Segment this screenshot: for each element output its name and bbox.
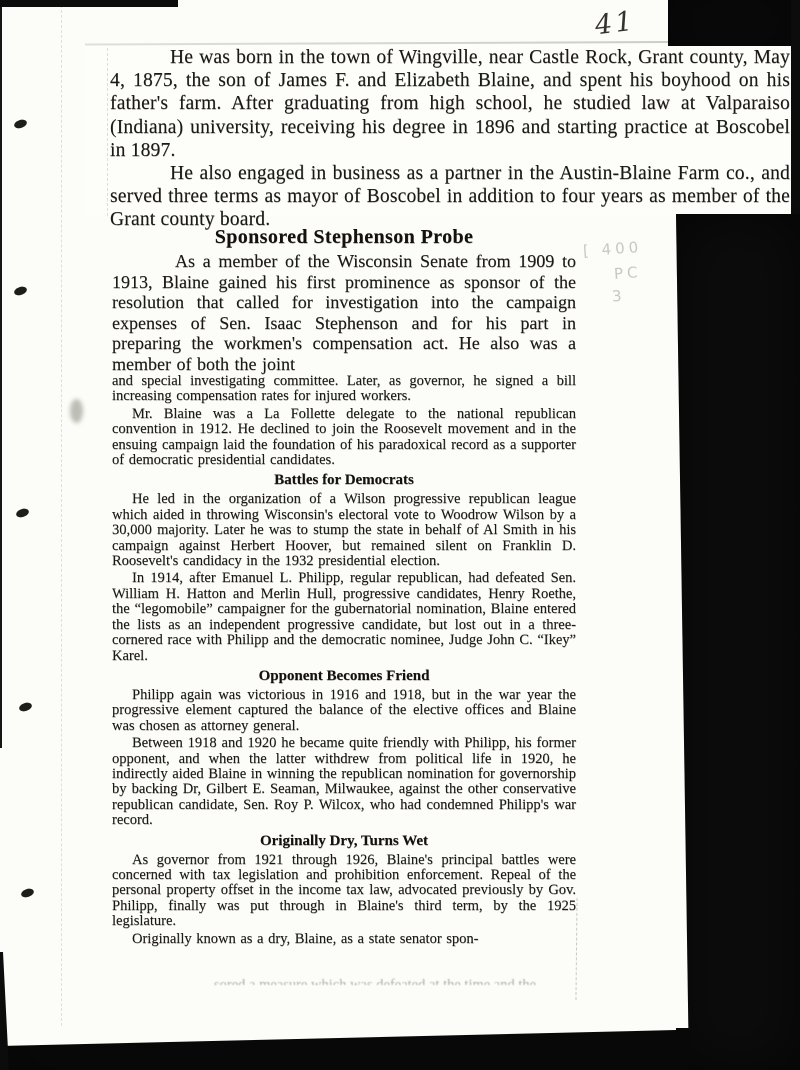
scan-border-right-region: [676, 214, 800, 1070]
section-heading: Sponsored Stephenson Probe: [112, 226, 576, 249]
scan-border-right-strip: [791, 0, 800, 218]
hole-punch-mark: [20, 887, 35, 899]
section-heading: Battles for Democrats: [112, 472, 576, 489]
scan-border-top-right-corner: [668, 0, 800, 46]
section-heading: Originally Dry, Turns Wet: [112, 833, 576, 850]
article-paragraph: In 1914, after Emanuel L. Philipp, regul…: [112, 571, 576, 663]
hole-punch-mark: [13, 118, 28, 130]
article-paragraph: Mr. Blaine was a La Follette delegate to…: [112, 407, 576, 469]
hole-punch-mark: [15, 507, 30, 519]
pencil-annotation-line: 3: [611, 287, 626, 306]
article-paragraph: Between 1918 and 1920 he became quite fr…: [112, 736, 576, 828]
hole-punch-mark: [13, 285, 28, 297]
newsclip-left-edge-line: [107, 48, 108, 216]
cutoff-line-fragment: sored a measure which was defeated at th…: [214, 977, 574, 985]
scan-border-left-hairline: [0, 0, 2, 748]
pencil-annotation-line: [ 400: [582, 238, 642, 260]
section-lead-paragraph: As a member of the Wisconsin Senate from…: [112, 251, 576, 374]
scan-border-left-wedge: [0, 952, 9, 1070]
section-heading: Opponent Becomes Friend: [112, 668, 576, 685]
scanned-newspaper-page: He was born in the town of Wingville, ne…: [0, 0, 800, 1070]
scan-border-top-bar: [0, 0, 178, 7]
article-column: Sponsored Stephenson Probe As a member o…: [112, 226, 576, 949]
article-paragraph: Originally known as a dry, Blaine, as a …: [112, 932, 576, 947]
paper-fold-line: [61, 0, 62, 1046]
intro-paragraph: He was born in the town of Wingville, ne…: [110, 46, 790, 162]
pencil-annotation-line: PC: [613, 263, 642, 283]
ink-smudge: [70, 399, 83, 423]
handwritten-page-number: 41: [593, 6, 637, 42]
section-lead-continuation: and special investigating committee. Lat…: [112, 374, 576, 405]
article-paragraph: As governor from 1921 through 1926, Blai…: [112, 853, 576, 930]
intro-paragraphs: He was born in the town of Wingville, ne…: [110, 46, 790, 232]
pencil-margin-line: [575, 898, 577, 1000]
article-paragraph: Philipp again was victorious in 1916 and…: [112, 688, 576, 734]
article-paragraph: He led in the organization of a Wilson p…: [112, 492, 576, 569]
hole-punch-mark: [18, 701, 33, 713]
